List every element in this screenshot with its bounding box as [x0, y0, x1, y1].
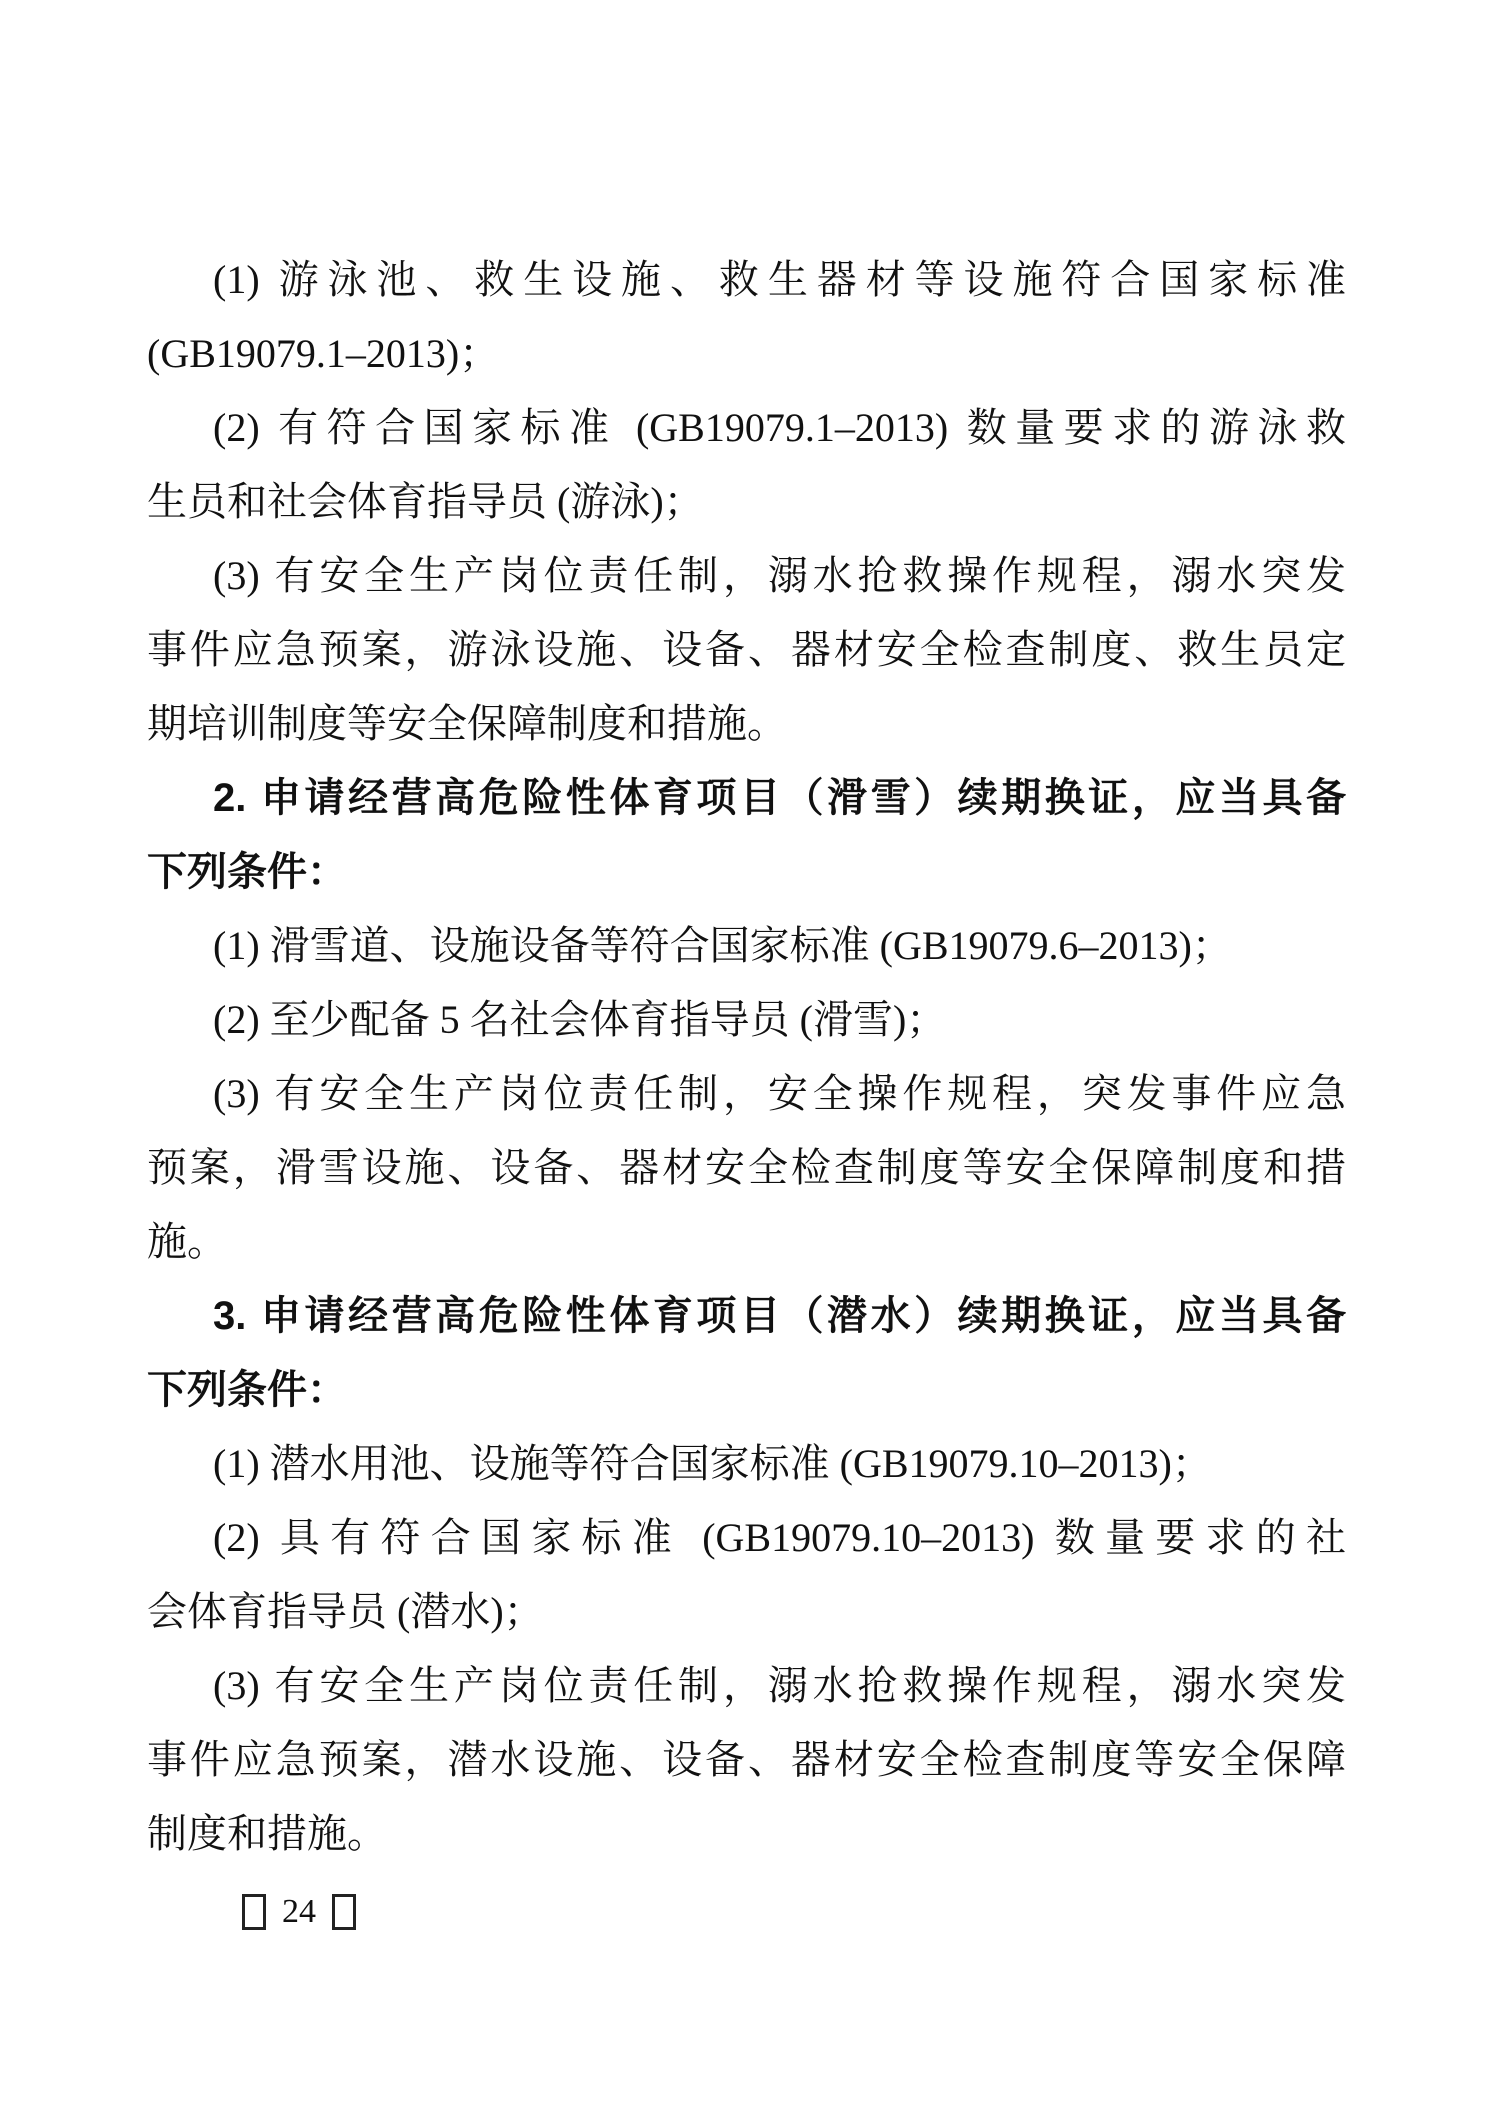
- text-line: 事件应急预案，游泳设施、设备、器材安全检查制度、救生员定: [147, 613, 1346, 687]
- paragraph: (3) 有安全生产岗位责任制，安全操作规程，突发事件应急预案，滑雪设施、设备、器…: [147, 1057, 1346, 1279]
- paragraph: (2) 至少配备 5 名社会体育指导员 (滑雪)；: [147, 983, 1346, 1057]
- text-line: 生员和社会体育指导员 (游泳)；: [147, 465, 1346, 539]
- paragraph: (3) 有安全生产岗位责任制，溺水抢救操作规程，溺水突发事件应急预案，游泳设施、…: [147, 539, 1346, 761]
- text-line: (GB19079.1–2013)；: [147, 317, 1346, 391]
- text-line: (2) 至少配备 5 名社会体育指导员 (滑雪)；: [147, 983, 1346, 1057]
- text-line: 3. 申请经营高危险性体育项目（潜水）续期换证，应当具备: [147, 1279, 1346, 1353]
- text-line: (3) 有安全生产岗位责任制，溺水抢救操作规程，溺水突发: [147, 1649, 1346, 1723]
- paragraph: (1) 潜水用池、设施等符合国家标准 (GB19079.10–2013)；: [147, 1427, 1346, 1501]
- text-line: 2. 申请经营高危险性体育项目（滑雪）续期换证，应当具备: [147, 761, 1346, 835]
- missing-glyph-box: [332, 1894, 356, 1930]
- text-line: 会体育指导员 (潜水)；: [147, 1575, 1346, 1649]
- text-line: (3) 有安全生产岗位责任制，安全操作规程，突发事件应急: [147, 1057, 1346, 1131]
- text-line: (1) 滑雪道、设施设备等符合国家标准 (GB19079.6–2013)；: [147, 909, 1346, 983]
- text-line: 下列条件：: [147, 1353, 1346, 1427]
- paragraph: (2) 具有符合国家标准 (GB19079.10–2013) 数量要求的社会体育…: [147, 1501, 1346, 1649]
- text-line: 预案，滑雪设施、设备、器材安全检查制度等安全保障制度和措: [147, 1131, 1346, 1205]
- text-line: (2) 有符合国家标准 (GB19079.1–2013) 数量要求的游泳救: [147, 391, 1346, 465]
- section-heading: 3. 申请经营高危险性体育项目（潜水）续期换证，应当具备下列条件：: [147, 1279, 1346, 1427]
- page-footer: 24: [242, 1888, 356, 1936]
- section-heading: 2. 申请经营高危险性体育项目（滑雪）续期换证，应当具备下列条件：: [147, 761, 1346, 909]
- missing-glyph-box: [242, 1894, 266, 1930]
- text-line: 事件应急预案，潜水设施、设备、器材安全检查制度等安全保障: [147, 1723, 1346, 1797]
- text-line: (1) 潜水用池、设施等符合国家标准 (GB19079.10–2013)；: [147, 1427, 1346, 1501]
- text-line: (3) 有安全生产岗位责任制，溺水抢救操作规程，溺水突发: [147, 539, 1346, 613]
- text-line: (1) 游泳池、救生设施、救生器材等设施符合国家标准: [147, 243, 1346, 317]
- paragraph: (1) 滑雪道、设施设备等符合国家标准 (GB19079.6–2013)；: [147, 909, 1346, 983]
- page-number: 24: [282, 1888, 316, 1936]
- paragraph: (1) 游泳池、救生设施、救生器材等设施符合国家标准(GB19079.1–201…: [147, 243, 1346, 391]
- text-line: 制度和措施。: [147, 1797, 1346, 1871]
- document-page: (1) 游泳池、救生设施、救生器材等设施符合国家标准(GB19079.1–201…: [0, 0, 1487, 2105]
- paragraph: (3) 有安全生产岗位责任制，溺水抢救操作规程，溺水突发事件应急预案，潜水设施、…: [147, 1649, 1346, 1871]
- text-line: 下列条件：: [147, 835, 1346, 909]
- text-line: 施。: [147, 1205, 1346, 1279]
- document-body: (1) 游泳池、救生设施、救生器材等设施符合国家标准(GB19079.1–201…: [147, 243, 1346, 1871]
- text-line: (2) 具有符合国家标准 (GB19079.10–2013) 数量要求的社: [147, 1501, 1346, 1575]
- text-line: 期培训制度等安全保障制度和措施。: [147, 687, 1346, 761]
- paragraph: (2) 有符合国家标准 (GB19079.1–2013) 数量要求的游泳救生员和…: [147, 391, 1346, 539]
